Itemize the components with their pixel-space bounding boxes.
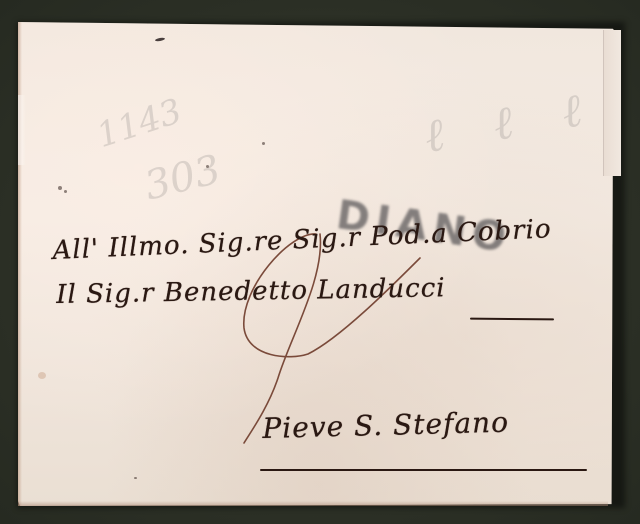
ink-speck	[134, 477, 137, 479]
ink-speck	[64, 190, 67, 193]
ink-speck	[58, 186, 62, 190]
ink-speck	[206, 165, 209, 168]
address-line-3-destination: Pieve S. Stefano	[262, 406, 509, 445]
foxing-spot	[38, 372, 46, 379]
ink-speck	[262, 142, 265, 145]
letter-fold-flap	[603, 30, 621, 176]
destination-underline	[260, 469, 587, 471]
letter-bottom-edge	[18, 501, 608, 506]
letter-left-fold	[18, 95, 26, 165]
